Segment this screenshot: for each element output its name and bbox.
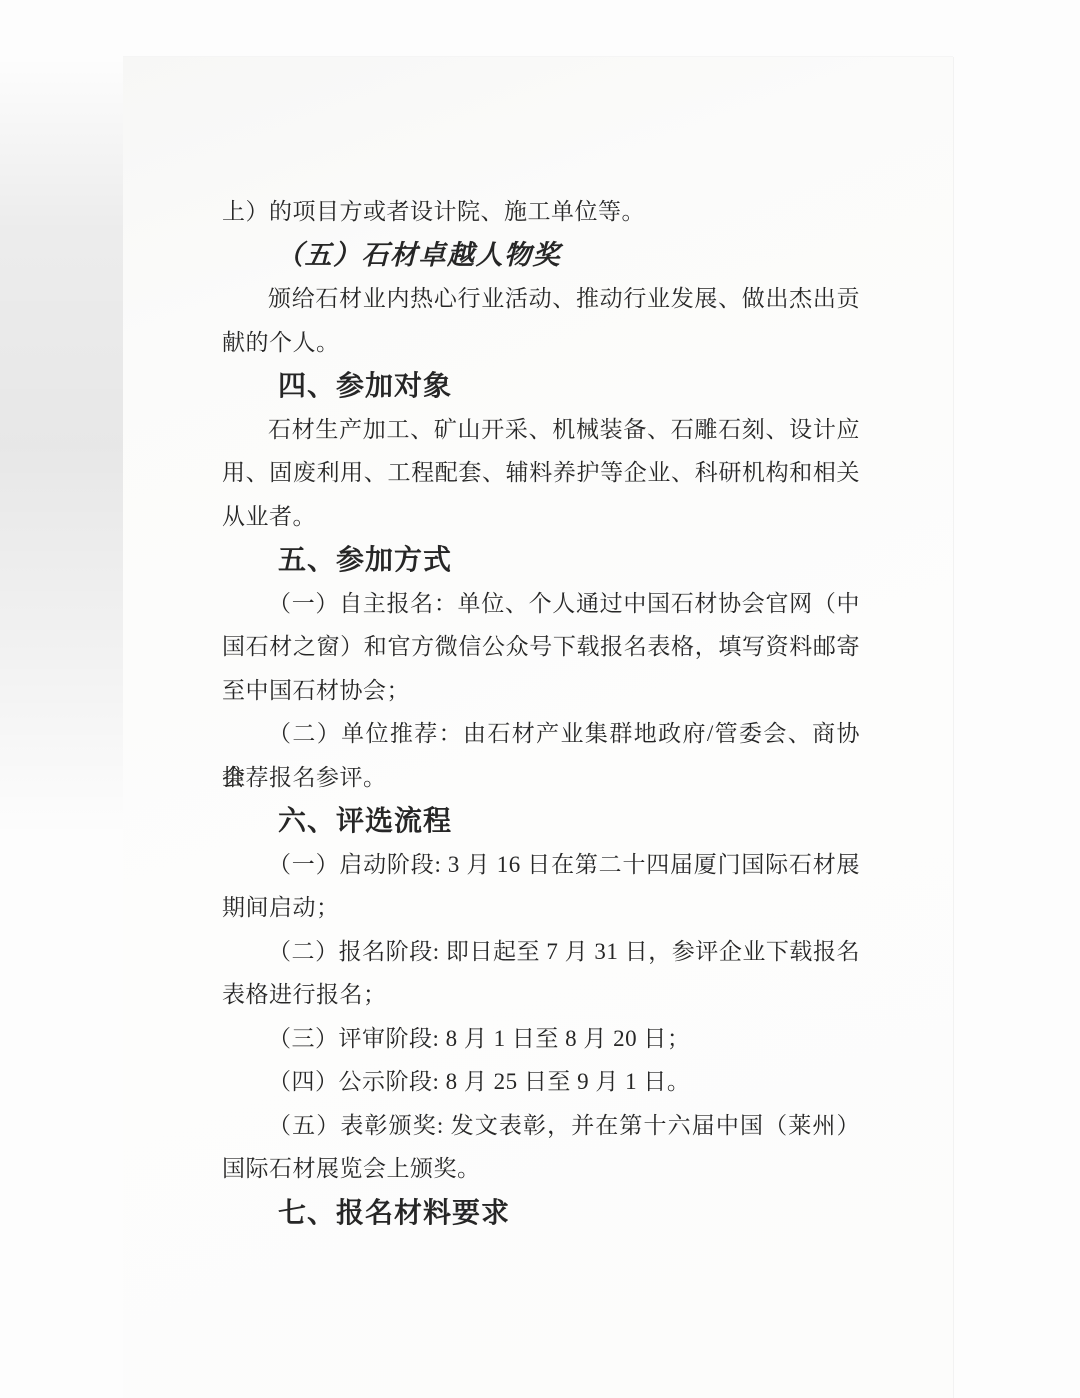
doc-line: 用、固废利用、工程配套、辅料养护等企业、科研机构和相关 — [222, 451, 860, 495]
doc-line: （一）自主报名：单位、个人通过中国石材协会官网（中 — [222, 582, 860, 626]
doc-line: 从业者。 — [222, 495, 860, 539]
doc-line: （二）报名阶段: 即日起至 7 月 31 日，参评企业下载报名 — [222, 930, 860, 974]
document-page: 上）的项目方或者设计院、施工单位等。 （五）石材卓越人物奖 颁给石材业内热心行业… — [123, 57, 953, 1398]
section-heading-method: 五、参加方式 — [222, 538, 860, 582]
doc-line: 推荐报名参评。 — [222, 756, 860, 800]
scan-shadow-left — [0, 57, 123, 837]
section-heading-materials: 七、报名材料要求 — [222, 1191, 860, 1235]
section-heading-process: 六、评选流程 — [222, 799, 860, 843]
doc-line: （五）表彰颁奖: 发文表彰，并在第十六届中国（莱州） — [222, 1104, 860, 1148]
doc-line: 献的个人。 — [222, 321, 860, 365]
doc-line: 颁给石材业内热心行业活动、推动行业发展、做出杰出贡 — [222, 277, 860, 321]
document-text-block: 上）的项目方或者设计院、施工单位等。 （五）石材卓越人物奖 颁给石材业内热心行业… — [222, 190, 860, 1234]
doc-line: （三）评审阶段: 8 月 1 日至 8 月 20 日； — [222, 1017, 860, 1061]
section-heading-participants: 四、参加对象 — [222, 364, 860, 408]
doc-line: （一）启动阶段: 3 月 16 日在第二十四届厦门国际石材展 — [222, 843, 860, 887]
doc-line: 国际石材展览会上颁奖。 — [222, 1147, 860, 1191]
award-heading-5: （五）石材卓越人物奖 — [222, 234, 860, 278]
doc-line: 上）的项目方或者设计院、施工单位等。 — [222, 190, 860, 234]
doc-line: （二）单位推荐：由石材产业集群地政府/管委会、商协会 — [222, 712, 860, 756]
doc-line: 国石材之窗）和官方微信公众号下载报名表格，填写资料邮寄 — [222, 625, 860, 669]
doc-line: 至中国石材协会； — [222, 669, 860, 713]
doc-line: 期间启动； — [222, 886, 860, 930]
doc-line: 表格进行报名； — [222, 973, 860, 1017]
scan-canvas: 上）的项目方或者设计院、施工单位等。 （五）石材卓越人物奖 颁给石材业内热心行业… — [0, 0, 1080, 1398]
doc-line: 石材生产加工、矿山开采、机械装备、石雕石刻、设计应 — [222, 408, 860, 452]
doc-line: （四）公示阶段: 8 月 25 日至 9 月 1 日。 — [222, 1060, 860, 1104]
